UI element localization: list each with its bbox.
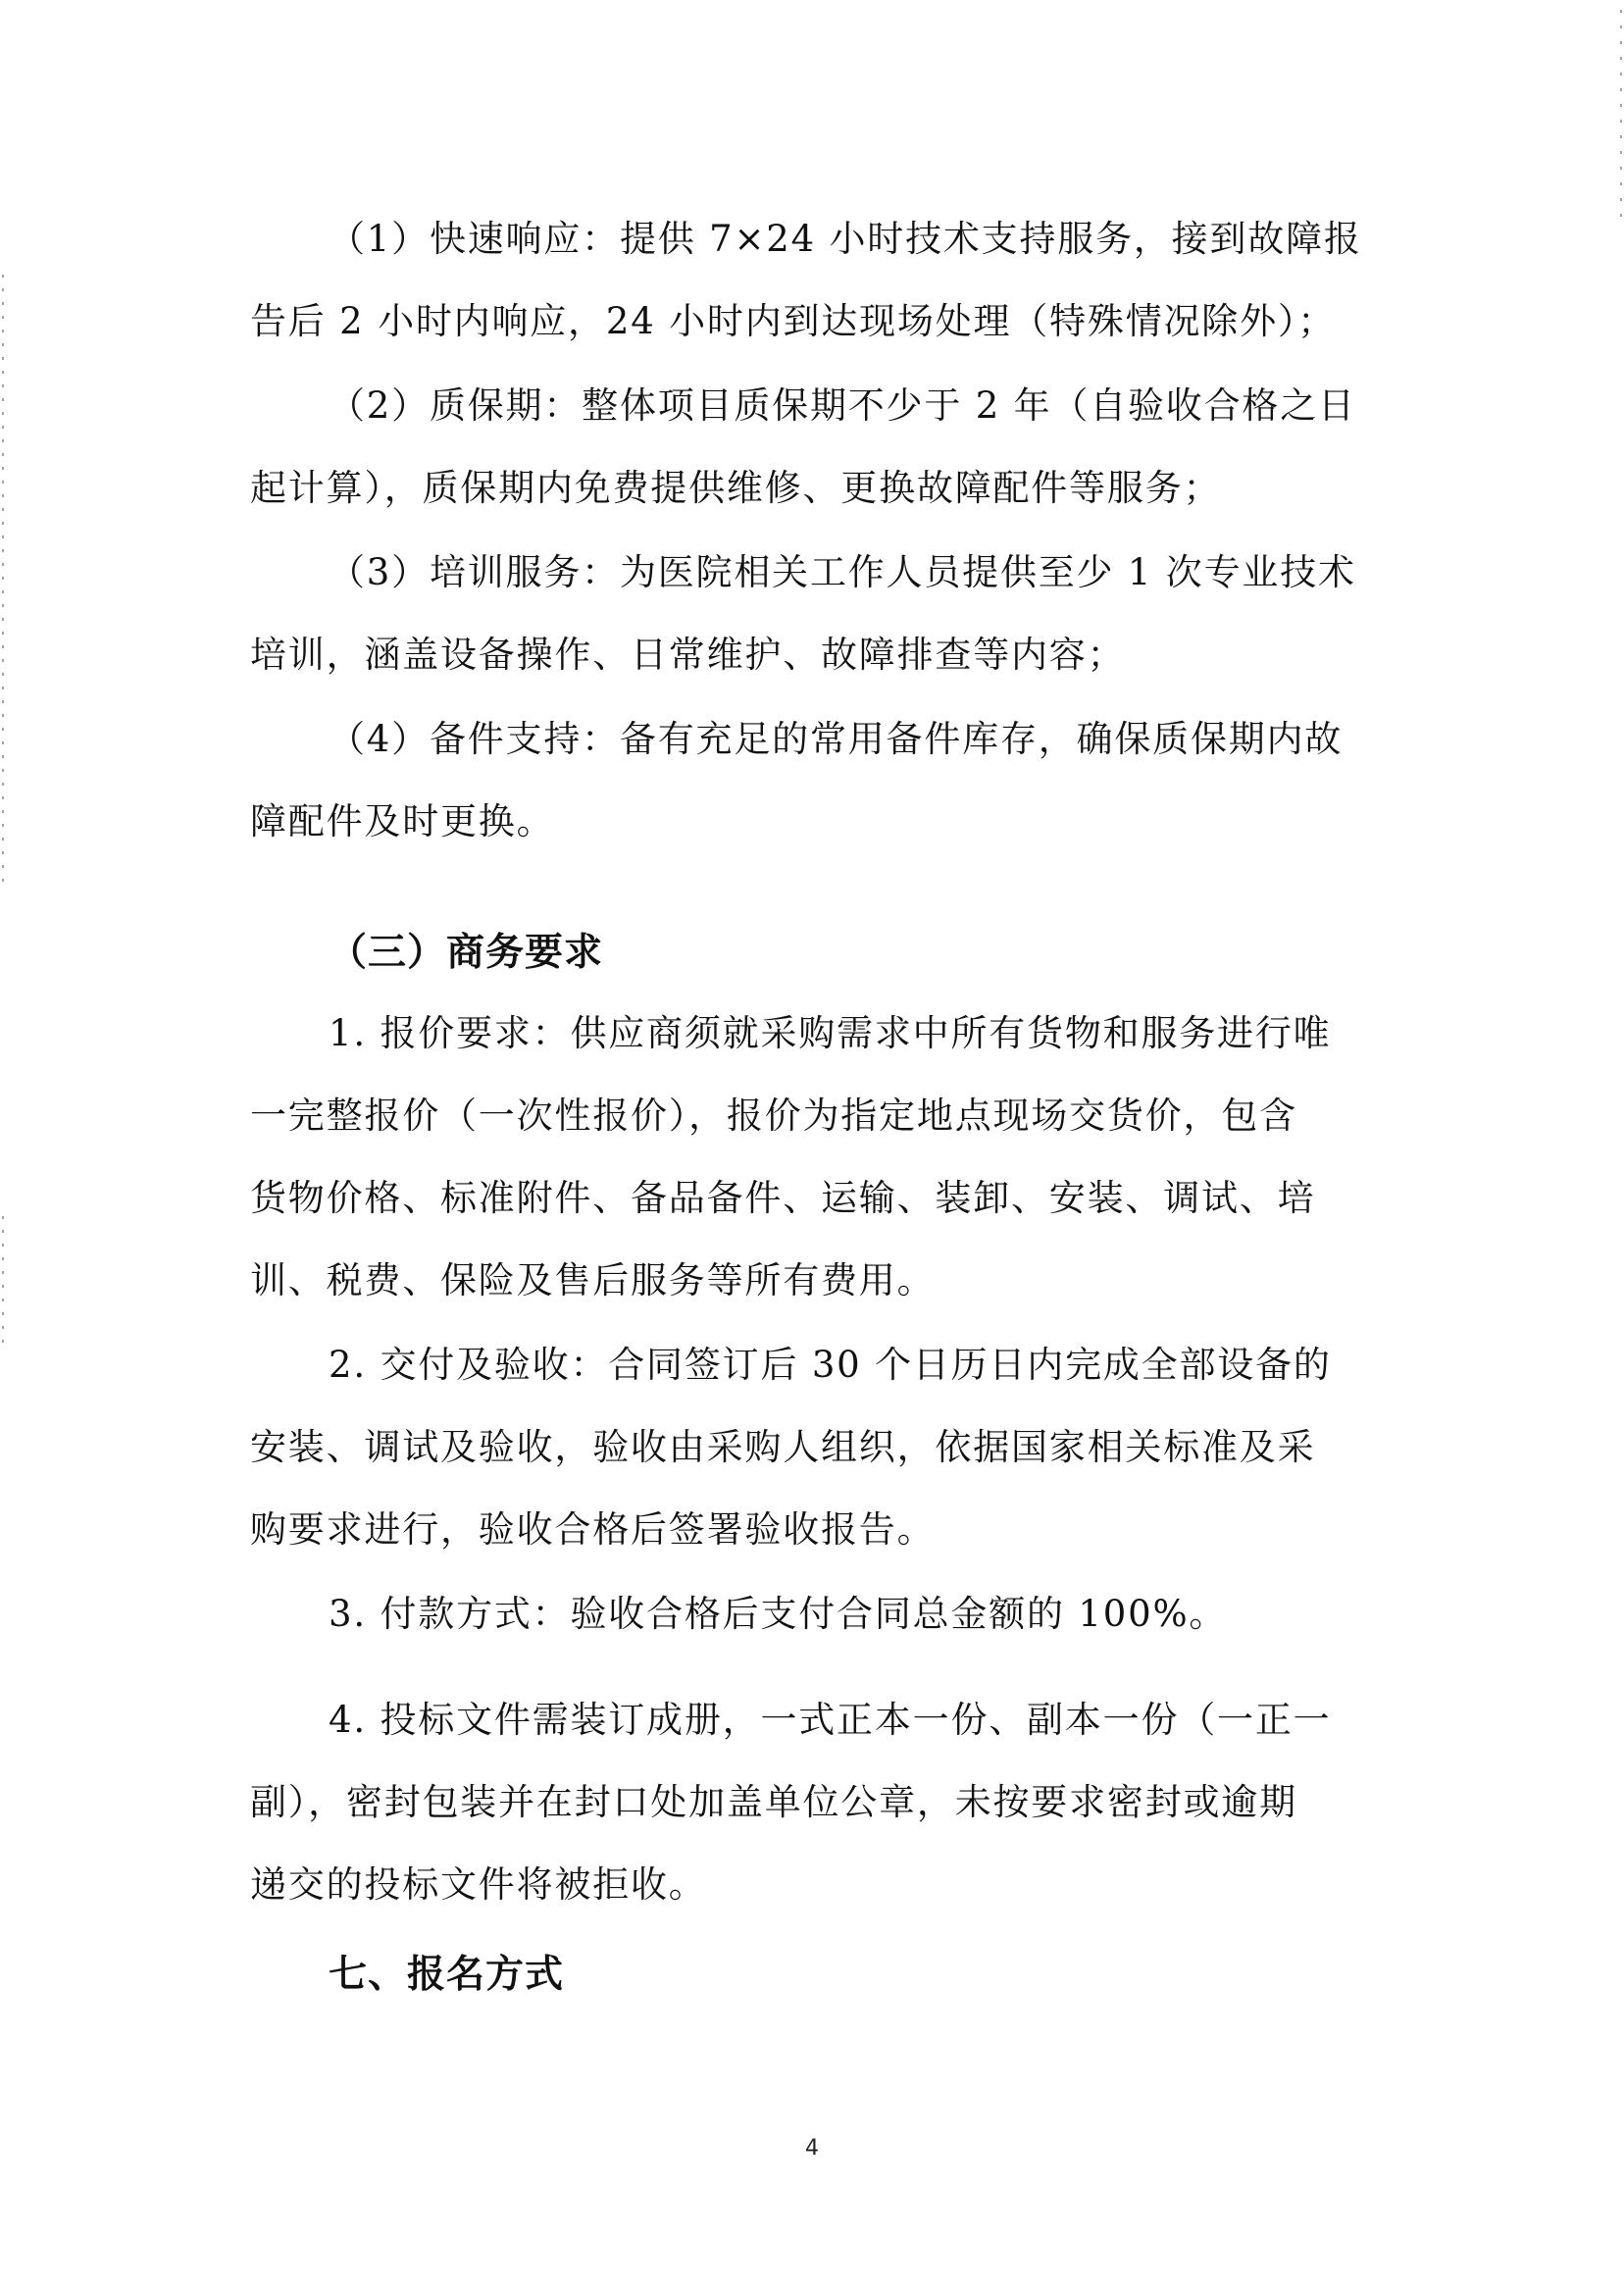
service-item-warranty: （2）质保期：整体项目质保期不少于 2 年（自验收合格之日 起计算），质保期内免… bbox=[250, 365, 1388, 530]
paragraph-line: 2. 交付及验收：合同签订后 30 个日历日内完成全部设备的 bbox=[250, 1324, 1388, 1406]
paragraph-line: 告后 2 小时内响应，24 小时内到达现场处理（特殊情况除外）； bbox=[250, 280, 1388, 363]
scan-artifact-left-lower bbox=[2, 1216, 4, 1353]
paragraph-line: 一完整报价（一次性报价），报价为指定地点现场交货价，包含 bbox=[250, 1075, 1388, 1157]
page-number: 4 bbox=[0, 2136, 1624, 2161]
paragraph-line: （2）质保期：整体项目质保期不少于 2 年（自验收合格之日 bbox=[250, 365, 1388, 447]
service-item-training: （3）培训服务：为医院相关工作人员提供至少 1 次专业技术 培训，涵盖设备操作、… bbox=[250, 532, 1388, 696]
paragraph-line: 起计算），质保期内免费提供维修、更换故障配件等服务； bbox=[250, 447, 1388, 530]
service-item-quick-response: （1）快速响应：提供 7×24 小时技术支持服务，接到故障报 告后 2 小时内响… bbox=[250, 198, 1388, 363]
paragraph-line: 3. 付款方式：验收合格后支付合同总金额的 100%。 bbox=[250, 1573, 1388, 1656]
paragraph-line: 货物价格、标准附件、备品备件、运输、装卸、安装、调试、培 bbox=[250, 1157, 1388, 1240]
paragraph-line: 4. 投标文件需装订成册，一式正本一份、副本一份（一正一 bbox=[250, 1679, 1388, 1761]
scan-artifact-right bbox=[1620, 10, 1622, 226]
paragraph-line: 培训，涵盖设备操作、日常维护、故障排查等内容； bbox=[250, 614, 1388, 696]
paragraph-line: 1. 报价要求：供应商须就采购需求中所有货物和服务进行唯 bbox=[250, 993, 1388, 1075]
paragraph-line: （4）备件支持：备有充足的常用备件库存，确保质保期内故 bbox=[250, 698, 1388, 781]
section-heading-business: （三）商务要求 bbox=[329, 922, 603, 977]
paragraph-line: （3）培训服务：为医院相关工作人员提供至少 1 次专业技术 bbox=[250, 532, 1388, 614]
paragraph-line: 安装、调试及验收，验收由采购人组织，依据国家相关标准及采 bbox=[250, 1406, 1388, 1489]
paragraph-line: 购要求进行，验收合格后签署验收报告。 bbox=[250, 1489, 1388, 1571]
business-item-payment: 3. 付款方式：验收合格后支付合同总金额的 100%。 bbox=[250, 1573, 1388, 1656]
section-heading-registration: 七、报名方式 bbox=[329, 1944, 564, 1999]
business-item-quotation: 1. 报价要求：供应商须就采购需求中所有货物和服务进行唯 一完整报价（一次性报价… bbox=[250, 993, 1388, 1322]
business-item-delivery-acceptance: 2. 交付及验收：合同签订后 30 个日历日内完成全部设备的 安装、调试及验收，… bbox=[250, 1324, 1388, 1571]
paragraph-line: （1）快速响应：提供 7×24 小时技术支持服务，接到故障报 bbox=[250, 198, 1388, 280]
document-page: （1）快速响应：提供 7×24 小时技术支持服务，接到故障报 告后 2 小时内响… bbox=[0, 0, 1624, 2293]
business-item-bid-documents: 4. 投标文件需装订成册，一式正本一份、副本一份（一正一 副），密封包装并在封口… bbox=[250, 1679, 1388, 1926]
paragraph-line: 递交的投标文件将被拒收。 bbox=[250, 1844, 1388, 1926]
paragraph-line: 副），密封包装并在封口处加盖单位公章，未按要求密封或逾期 bbox=[250, 1761, 1388, 1844]
scan-artifact-left bbox=[2, 275, 4, 883]
paragraph-line: 障配件及时更换。 bbox=[250, 781, 1388, 863]
service-item-spare-parts: （4）备件支持：备有充足的常用备件库存，确保质保期内故 障配件及时更换。 bbox=[250, 698, 1388, 863]
paragraph-line: 训、税费、保险及售后服务等所有费用。 bbox=[250, 1240, 1388, 1322]
